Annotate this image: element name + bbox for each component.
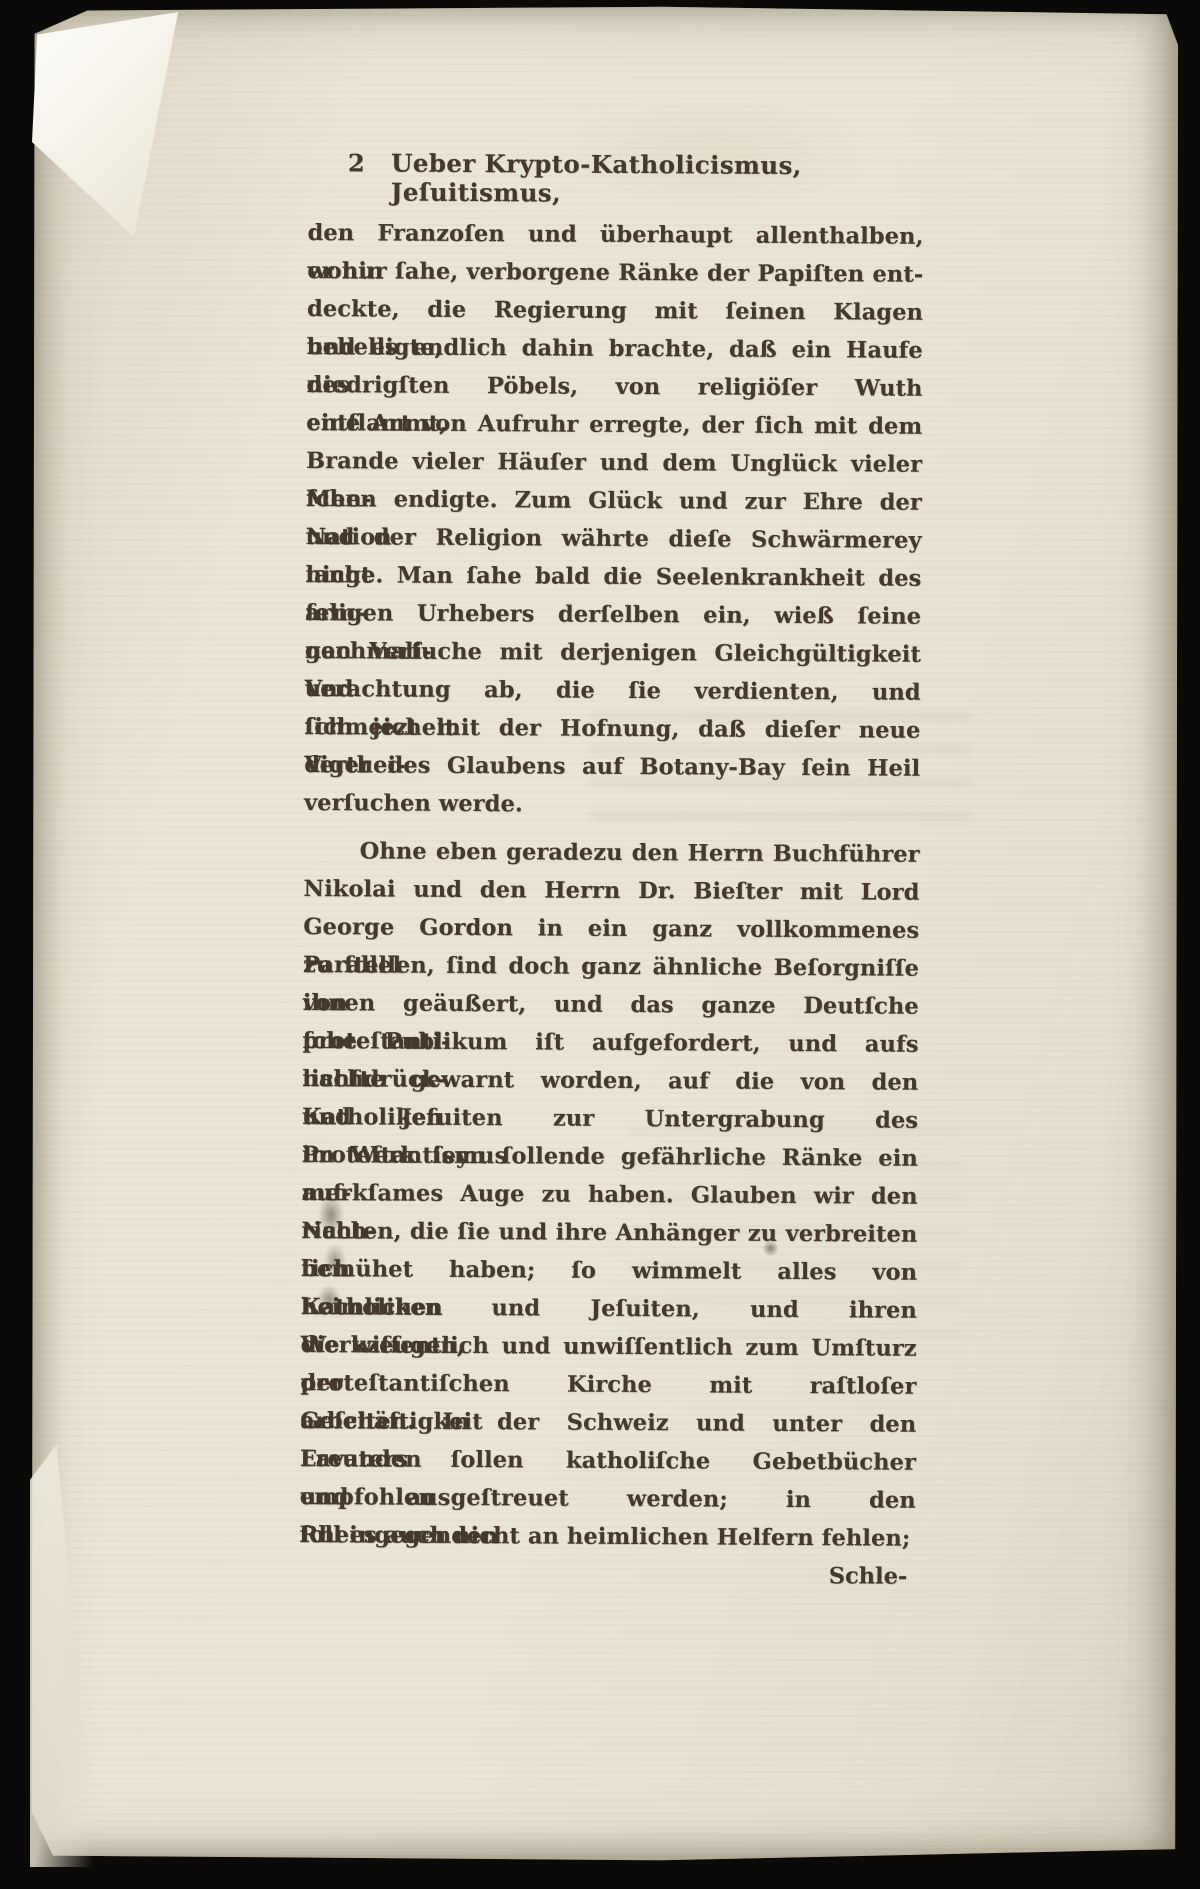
text-line: Nikolai und den Herrn Dr. Bieſter mit Lo… bbox=[303, 870, 919, 912]
page-header: 2 Ueber Krypto-Katholicismus, Jeſuitismu… bbox=[308, 148, 924, 192]
text-line: ſche Publikum iſt aufgefordert, und aufs… bbox=[302, 1022, 918, 1064]
text-line: die wiſſentlich und unwiſſentlich zum Um… bbox=[301, 1326, 917, 1368]
text-line: verſuchen werde. bbox=[304, 784, 920, 826]
text-line: deckte, die Regierung mit ſeinen Klagen … bbox=[307, 290, 923, 332]
text-line: eine Art von Aufruhr erregte, der ſich m… bbox=[306, 404, 922, 446]
text-line: zu ſtellen, ſind doch ganz ähnliche Beſo… bbox=[303, 946, 919, 988]
text-line: lange. Man ſahe bald die Seelenkrankheit… bbox=[305, 556, 921, 598]
book-scan: 2 Ueber Krypto-Katholicismus, Jeſuitismu… bbox=[0, 0, 1200, 1889]
text-line: im Werk ſeyn ſollende gefährliche Ränke … bbox=[302, 1136, 918, 1178]
text-line: und es endlich dahin brachte, daß ein Ha… bbox=[307, 328, 923, 370]
paragraph-1: den Franzoſen und überhaupt allenthalben… bbox=[304, 214, 924, 826]
text-line: ſeligen Urhebers derſelben ein, wieß ſei… bbox=[305, 594, 921, 636]
catchword: Schle- bbox=[299, 1554, 915, 1596]
text-line: niedrigſten Pöbels, von religiöſer Wuth … bbox=[306, 366, 922, 408]
text-line: ſich jezt mit der Hofnung, daß dieſer ne… bbox=[304, 708, 920, 750]
text-line: bemühet haben; ſo wimmelt alles von heim… bbox=[301, 1250, 917, 1292]
text-line: Katholiken und Jeſuiten, und ihren Werkz… bbox=[301, 1288, 917, 1330]
text-line: merkſames Auge zu haben. Glauben wir den… bbox=[302, 1174, 918, 1216]
text-line: Brande vieler Häuſer und dem Unglück vie… bbox=[306, 442, 922, 484]
text-line: lichſte gewarnt worden, auf die von den … bbox=[302, 1060, 918, 1102]
text-line: ſchen endigte. Zum Glück und zur Ehre de… bbox=[306, 480, 922, 522]
text-line: ihnen geäußert, und das ganze Deutſche p… bbox=[303, 984, 919, 1026]
paragraph-2: Ohne eben geradezu den Herrn Buchführer … bbox=[299, 832, 919, 1558]
text-line: Verachtung ab, die ſie verdienten, und ſ… bbox=[305, 670, 921, 712]
text-line: Lavaters ſollen katholiſche Gebetbücher … bbox=[300, 1440, 916, 1482]
text-line: und ausgeſtreuet werden; in den Rheingeg… bbox=[300, 1478, 916, 1520]
text-line: richten, die ſie und ihre Anhänger zu ve… bbox=[301, 1212, 917, 1254]
running-title: Ueber Krypto-Katholicismus, Jeſuitismus, bbox=[391, 149, 924, 210]
text-line: den Franzoſen und überhaupt allenthalben… bbox=[307, 214, 923, 256]
text-line: ſoll es auch nicht an heimlichen Helfern… bbox=[299, 1516, 915, 1558]
text-line: diger des Glaubens auf Botany-Bay ſein H… bbox=[304, 746, 920, 788]
text-line: und der Religion währte dieſe Schwärmere… bbox=[306, 518, 922, 560]
text-line: George Gordon in ein ganz vollkommenes P… bbox=[303, 908, 919, 950]
page-number: 2 bbox=[348, 148, 365, 177]
text-line: und Jeſuiten zur Untergrabung des Proteſ… bbox=[302, 1098, 918, 1140]
text-line: Ohne eben geradezu den Herrn Buchführer bbox=[304, 832, 920, 874]
text-line: er nur ſahe, verborgene Ränke der Papiſt… bbox=[307, 252, 923, 294]
text-block: 2 Ueber Krypto-Katholicismus, Jeſuitismu… bbox=[299, 148, 924, 1596]
text-line: gen Verſuche mit derjenigen Gleichgültig… bbox=[305, 632, 921, 674]
text-line: proteſtantiſchen Kirche mit raſtloſer Ge… bbox=[300, 1364, 916, 1406]
text-line: arbeiten. In der Schweiz und unter den F… bbox=[300, 1402, 916, 1444]
